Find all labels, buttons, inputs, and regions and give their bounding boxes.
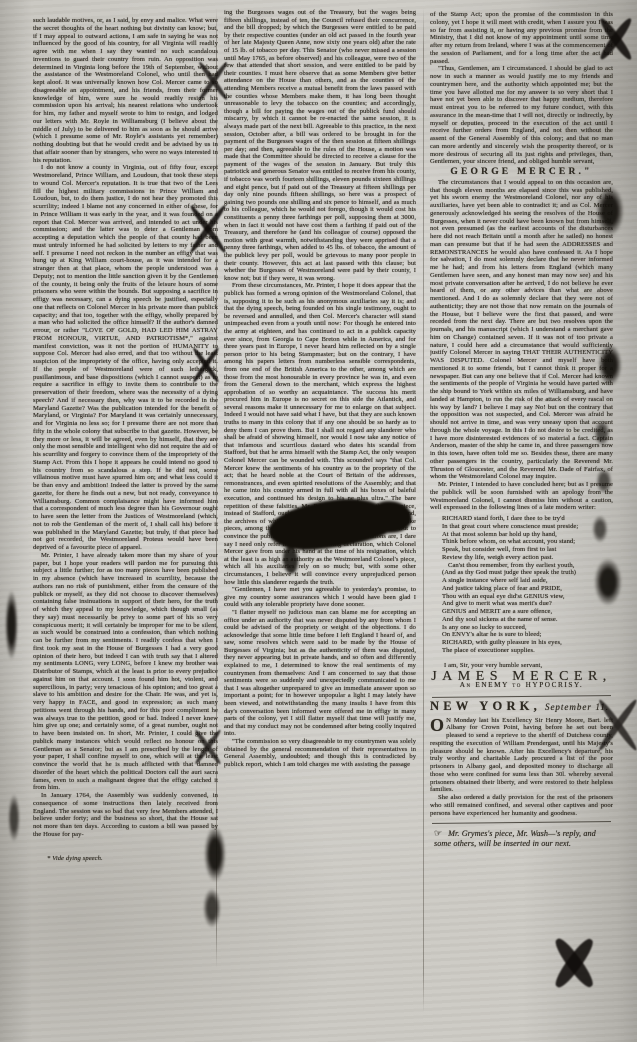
ink-blot (592, 515, 608, 543)
paragraph-dropcap: ON Monday last his Excellency Sir Henry … (430, 717, 613, 795)
manicule-icon: ☞ (434, 829, 442, 839)
poem-line: Think before whom, on what account, you … (442, 538, 613, 546)
text-column-left: such laudable motives, or, as I said, by… (33, 17, 218, 1025)
ink-cross-mark (196, 200, 220, 258)
ink-blot (594, 420, 610, 446)
paragraph: In January 1764, the Assembly was sudden… (33, 792, 218, 839)
poem-line: RICHARD stand forth, I dare thee to be t… (442, 515, 613, 523)
newspaper-page: such laudable motives, or, as I said, by… (0, 0, 637, 1042)
ink-blot (596, 468, 612, 494)
poem-line: GENIUS and MERIT are a sure offence, (442, 608, 613, 616)
horizontal-rule (432, 695, 611, 698)
ink-cross-mark (204, 58, 222, 104)
ink-cross-mark (198, 726, 218, 768)
ink-cross-mark (598, 14, 634, 64)
drop-cap-letter: O (430, 717, 446, 733)
paragraph: Mr. Printer, I have already taken more t… (33, 552, 218, 792)
poem-line: And thy soul sickens at the name of sens… (442, 616, 613, 624)
poem-line: Speak, but consider well, from first to … (442, 546, 613, 554)
poem-block: RICHARD stand forth, I dare thee to be t… (442, 515, 613, 655)
ink-blot (598, 344, 622, 386)
paragraph: of the Stamp Act; upon the promise of th… (430, 11, 613, 65)
ink-blot (594, 558, 622, 606)
horizontal-rule (432, 821, 611, 824)
ink-blot (596, 186, 624, 236)
paragraph: Mr. Printer, I intended to have conclude… (430, 481, 613, 512)
poem-line: Thou with an equal eye did'st GENIUS vie… (442, 593, 613, 601)
ink-blot (204, 826, 226, 882)
poem-line: The place of executioner supplies. (442, 647, 613, 655)
paragraph: The circumstances that I would appeal to… (430, 179, 613, 481)
text-column-right: of the Stamp Act; upon the promise of th… (430, 11, 613, 1025)
paragraph: ing the Burgesses wages out of the Treas… (224, 9, 416, 282)
paragraph: I do not know a county in Virginia, out … (33, 164, 218, 552)
ink-blot (203, 888, 221, 928)
james-mercer-signature: JAMES MERCER, (430, 673, 613, 681)
poem-line: A single instance where self laid aside, (442, 577, 613, 585)
poem-line: (And as thy God must judge thee speak th… (442, 569, 613, 577)
poem-line: And give to merit what was merit's due? (442, 600, 613, 608)
printer-note: ☞Mr. Grymes's piece, Mr. Wash—'s reply, … (434, 829, 613, 849)
paragraph: She also ordered a daily provision for t… (430, 794, 613, 817)
ink-blot (8, 794, 20, 842)
quoted-paragraph: "Thus, Gentlemen, am I circumstanced. I … (430, 65, 613, 166)
poem-line: Is any one so lucky to succeed, (442, 624, 613, 632)
dateline-heading: NEW YORK,September 11. (430, 703, 613, 713)
poem-line: Review thy life, weigh every action past… (442, 554, 613, 562)
ink-cross-mark (604, 694, 632, 756)
poem-line: And justice taking place of fear and PRI… (442, 585, 613, 593)
dateline-city: NEW YORK, (430, 699, 541, 713)
poem-line: On ENVY's altar he is sure to bleed; (442, 631, 613, 639)
ink-cross-mark (196, 344, 216, 386)
footnote: * Vide dying speech. (47, 855, 218, 863)
poem-line: In that great court where conscience mus… (442, 523, 613, 531)
closing-line: I am, Sir, your very humble servant, (444, 662, 613, 670)
poem-line: RICHARD, with guilty pleasure in his eye… (442, 639, 613, 647)
quoted-paragraph: "The commission so very disagreeable to … (224, 738, 416, 768)
paragraph: such laudable motives, or, as I said, by… (33, 17, 218, 164)
ink-blot (5, 590, 18, 660)
quoted-paragraph: "Gentlemen, I have met you agreeable to … (224, 586, 416, 609)
quoted-paragraph: "I flatter myself no judicious man can b… (224, 609, 416, 738)
george-mercer-signature: GEORGE MERCER." (430, 169, 613, 177)
ink-cross-mark (548, 934, 600, 992)
column-rule (423, 8, 424, 1013)
